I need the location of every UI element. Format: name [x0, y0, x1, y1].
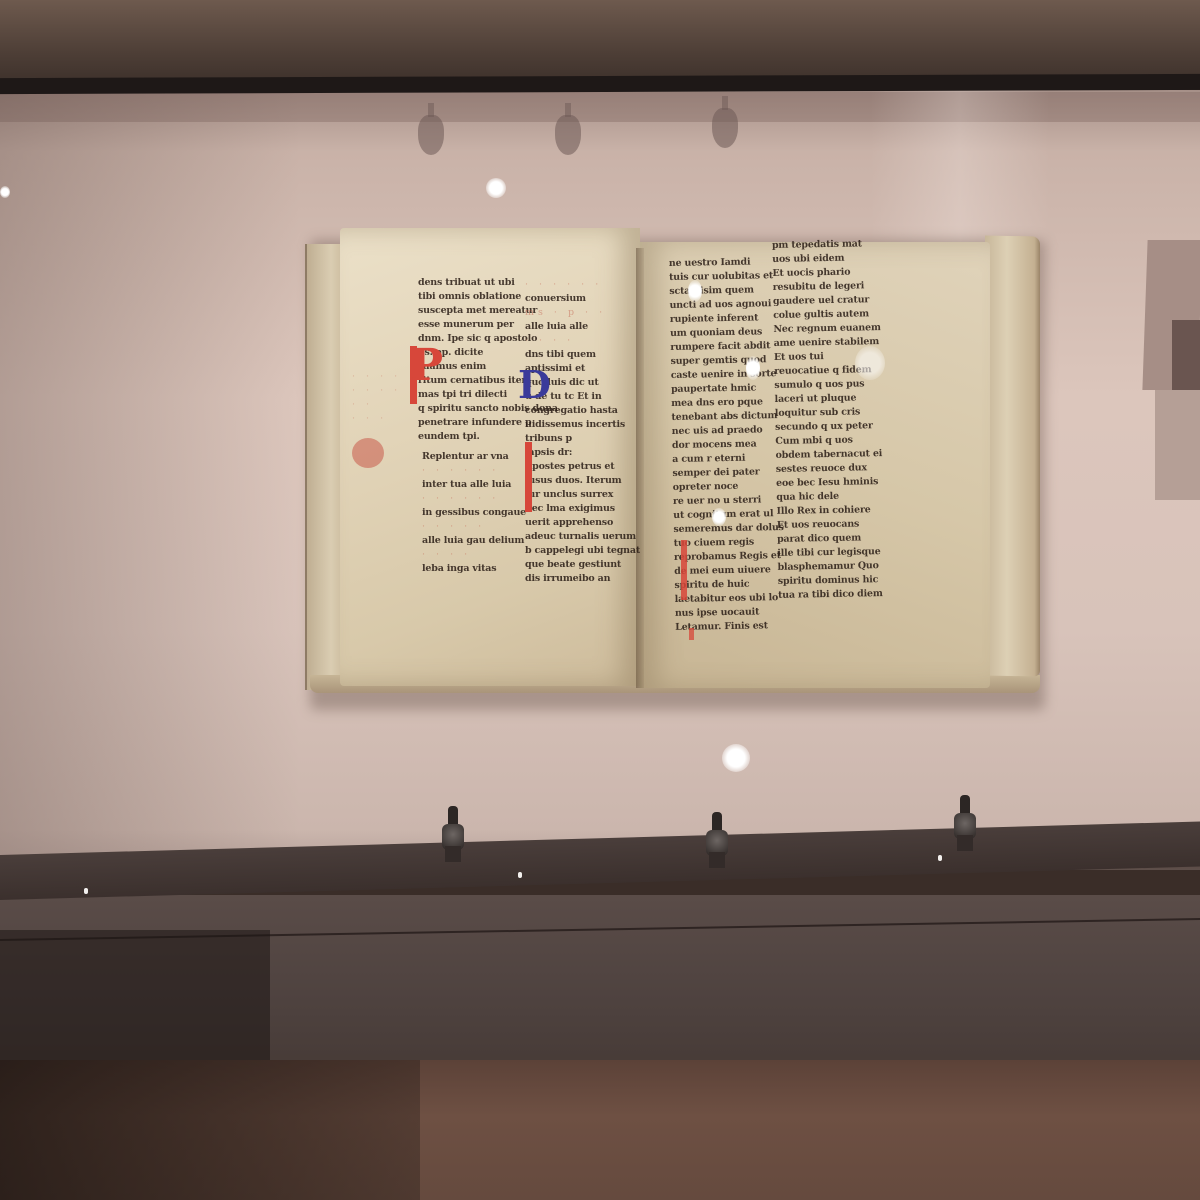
track-light-shadow [418, 115, 444, 155]
track-light-shadow [555, 115, 581, 155]
red-initial-i [525, 442, 532, 512]
neume-line: ms · p · · [525, 306, 640, 320]
light-reflection [0, 186, 10, 198]
text-line: in gessibus congaue [422, 506, 526, 520]
right-page-stack [985, 236, 1040, 677]
light-reflection [746, 356, 760, 380]
track-light-shadow [712, 108, 738, 148]
text-line: leba inga vitas [422, 562, 526, 576]
red-rubric-mark [689, 628, 694, 640]
text-line: tribuns p [525, 432, 640, 446]
text-line: laetabitur eos ubi lo [675, 591, 786, 607]
left-page-column-1-music: Replentur ar vna · · · · · · inter tua a… [422, 450, 526, 576]
text-line: uncti ad uos agnoui [669, 297, 780, 313]
neume-line: · · · · · · [422, 492, 526, 506]
text-line: Replentur ar vna [422, 450, 526, 464]
screw-highlight [84, 888, 88, 894]
light-reflection [712, 508, 726, 526]
text-line: uidissemus incertis [525, 418, 640, 432]
glare-spot [855, 346, 885, 380]
text-line: conuersium [525, 292, 640, 306]
text-line: hec lma exigimus [525, 502, 640, 516]
text-line: caste uenire in sorte [671, 367, 782, 383]
text-line: eoe bec Iesu hminis [776, 475, 884, 491]
neume-line: · · · · [422, 548, 526, 562]
text-line: tenebant abs dictum [671, 409, 782, 425]
text-line: lusus duos. Iterum [525, 474, 640, 488]
text-line: dns tibi quem [525, 348, 640, 362]
red-ink-stain [352, 438, 384, 468]
case-clamp [442, 806, 464, 866]
text-line: b cappelegi ubi tegnat [525, 544, 640, 558]
initial-letter-p-red: P [410, 344, 443, 388]
floor-shadow [0, 1060, 420, 1200]
light-reflection [722, 744, 750, 772]
text-line: adeuc turnalis uerum [525, 530, 640, 544]
right-page-column-2: pm tepedatis mat uos ubi eidem Et uocis … [772, 237, 886, 603]
text-line: dis irrumeibo an [525, 572, 640, 586]
screw-highlight [518, 872, 522, 878]
text-line: Illo Rex in cohiere [776, 503, 884, 519]
text-line: de mei eum uiuere [674, 563, 785, 579]
case-clamp [706, 812, 728, 872]
text-line: que beate gestiunt [525, 558, 640, 572]
adjacent-exhibit-object [1140, 240, 1200, 500]
text-line: alle luia alle [525, 320, 640, 334]
light-reflection [486, 178, 506, 198]
text-line: secundo q ux peter [775, 419, 883, 435]
neume-line: · · · · · · [525, 278, 640, 292]
text-line: obdem tabernacut ei [775, 447, 883, 463]
initial-letter-d-blue: D [518, 366, 551, 404]
text-line: semeremus dar dolus [673, 521, 784, 537]
text-line: inter tua alle luia [422, 478, 526, 492]
neume-line: · · · · [525, 334, 640, 348]
text-line: tua ra tibi dico diem [778, 587, 886, 603]
light-reflection [688, 280, 702, 302]
text-line: alle luia gau delium [422, 534, 526, 548]
plinth-shadow [0, 930, 270, 1080]
margin-neumes: · · · ·· · · ·· ·· · · [352, 370, 401, 426]
text-line: uerit apprehenso [525, 516, 640, 530]
manuscript-book: dens tribuat ut ubi tibi omnis oblatione… [300, 220, 1045, 700]
left-page-column-2: · · · · · · conuersium ms · p · · alle l… [525, 278, 640, 586]
neume-line: · · · · · [422, 520, 526, 534]
neume-line: · · · · · · [422, 464, 526, 478]
text-line: Apostes petrus et [525, 460, 640, 474]
left-shadow [0, 90, 300, 860]
case-clamp [954, 795, 976, 855]
text-line: lur unclus surrex [525, 488, 640, 502]
red-rubric-bar [681, 540, 687, 600]
text-line: tuis cur uolubitas et [669, 269, 780, 285]
text-line: lapsis dr: [525, 446, 640, 460]
screw-highlight [938, 855, 942, 861]
